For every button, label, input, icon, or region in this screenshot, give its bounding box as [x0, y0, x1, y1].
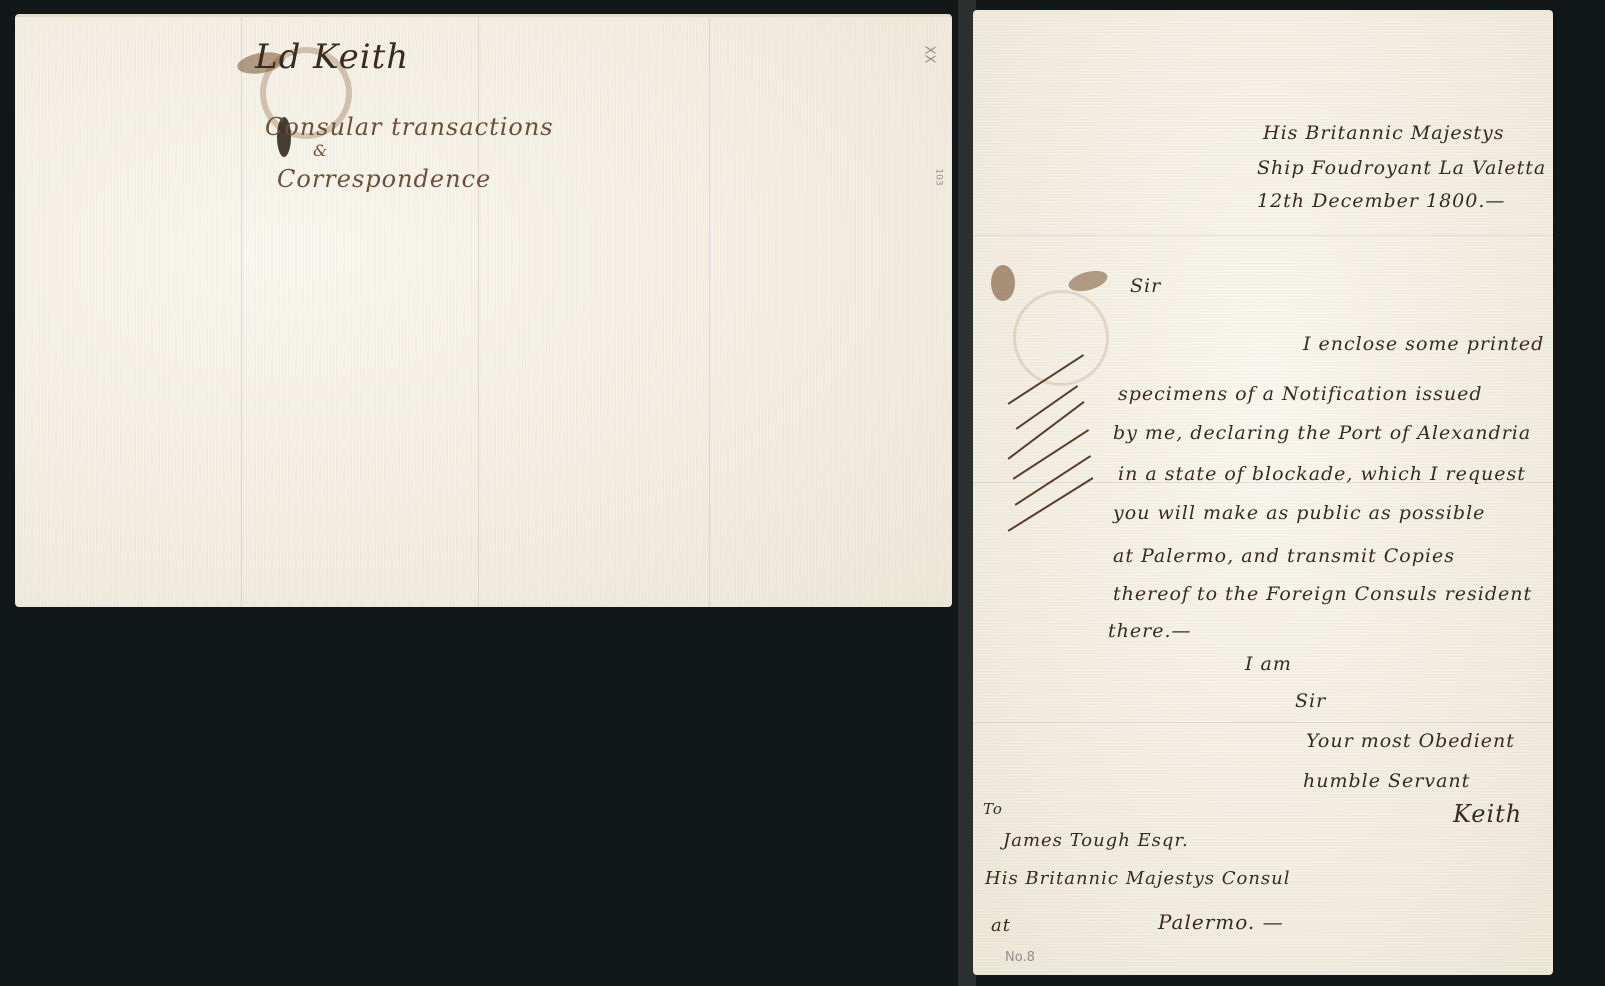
- fold-line: [241, 17, 243, 607]
- salutation: Sir: [1130, 275, 1161, 297]
- closing-line-3: Your most Obedient: [1306, 730, 1515, 752]
- archive-number: 103: [934, 168, 944, 185]
- body-line-2: specimens of a Notification issued: [1118, 383, 1483, 405]
- endorsement-line-3: Correspondence: [277, 165, 491, 193]
- signature: Keith: [1453, 800, 1522, 828]
- endorsement-name: Ld Keith: [255, 37, 409, 77]
- endorsement-line-2: Consular transactions: [265, 113, 554, 141]
- body-line-3: by me, declaring the Port of Alexandria: [1113, 422, 1531, 444]
- address-line-2: James Tough Esqr.: [1003, 830, 1189, 851]
- cover-sheet: Ld Keith Consular transactions & Corresp…: [15, 14, 952, 607]
- letter-sheet: His Britannic Majestys Ship Foudroyant L…: [973, 10, 1553, 975]
- corner-mark: XX: [921, 46, 936, 64]
- fold-line: [478, 17, 480, 607]
- closing-line-4: humble Servant: [1303, 770, 1470, 792]
- fold-line: [973, 722, 1553, 724]
- body-line-1: I enclose some printed: [1303, 333, 1544, 355]
- hatch-stroke: [1015, 455, 1091, 505]
- hatch-stroke: [1008, 401, 1085, 459]
- heading-line-1: His Britannic Majestys: [1263, 122, 1505, 144]
- body-line-7: thereof to the Foreign Consuls resident: [1113, 583, 1532, 605]
- fold-line: [973, 235, 1553, 237]
- address-line-1: To: [983, 800, 1003, 818]
- body-line-8: there.—: [1108, 620, 1191, 642]
- address-line-4: at: [991, 915, 1011, 936]
- body-line-4: in a state of blockade, which I request: [1118, 463, 1526, 485]
- closing-line-2: Sir: [1295, 690, 1326, 712]
- address-line-3: His Britannic Majestys Consul: [985, 868, 1291, 889]
- body-line-6: at Palermo, and transmit Copies: [1113, 545, 1455, 567]
- endorsement-conjunction: &: [313, 141, 328, 160]
- pencil-note: No.8: [1005, 950, 1035, 965]
- heading-line-3: 12th December 1800.—: [1257, 190, 1505, 212]
- address-line-5: Palermo. —: [1158, 910, 1284, 934]
- ink-ring-stain: [1013, 290, 1109, 386]
- fold-line: [709, 17, 711, 607]
- heading-line-2: Ship Foudroyant La Valetta: [1257, 157, 1546, 179]
- ink-blot: [991, 265, 1015, 301]
- hatch-stroke: [1013, 429, 1089, 479]
- body-line-5: you will make as public as possible: [1113, 502, 1485, 524]
- closing-line-1: I am: [1245, 653, 1292, 675]
- hatch-stroke: [1008, 477, 1094, 531]
